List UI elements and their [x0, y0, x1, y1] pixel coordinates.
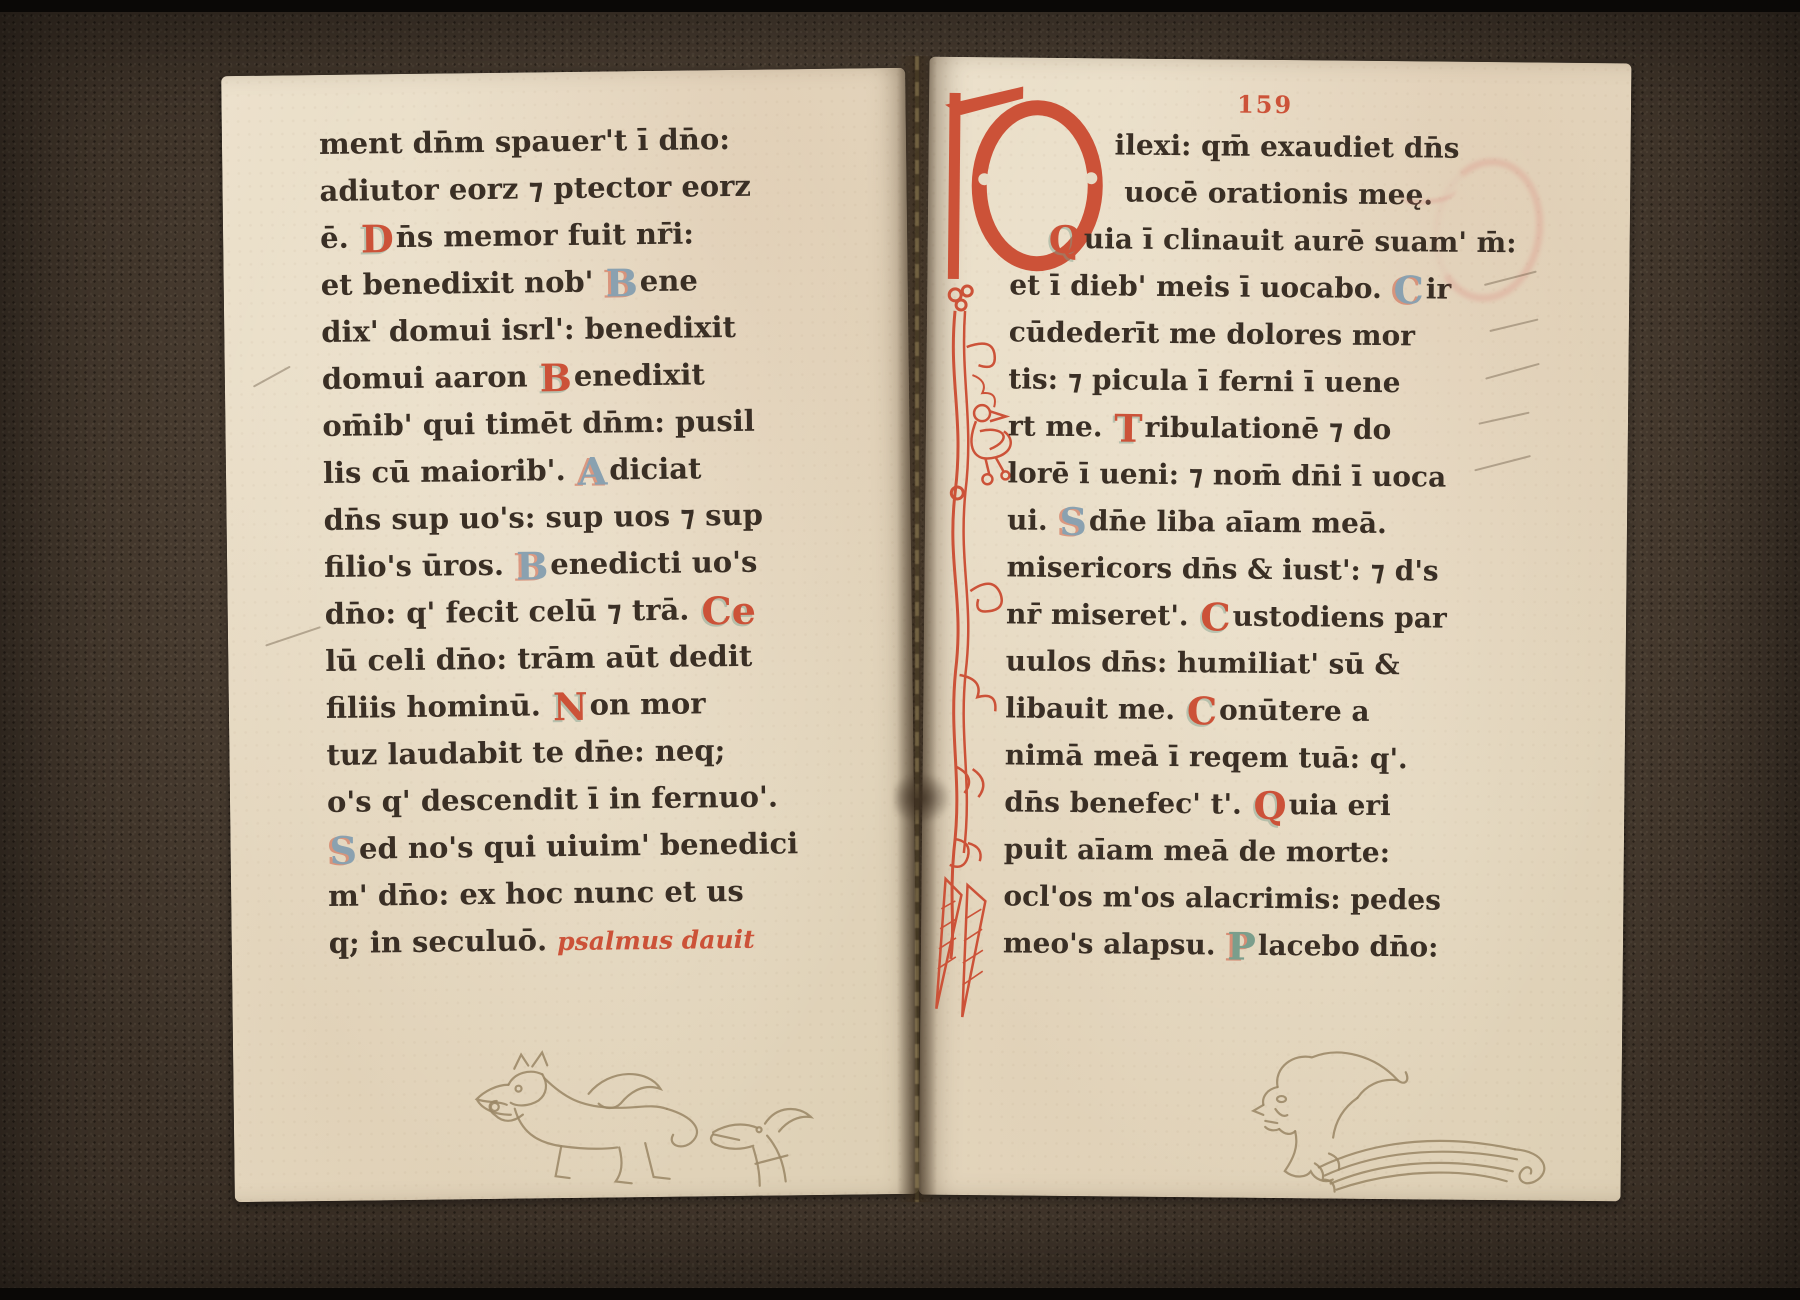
text-line: misericors dn̄s & iust': ⁊ d's — [1006, 543, 1566, 595]
hooded-grotesque-bird-sketch — [1219, 1044, 1555, 1197]
illuminated-initial: Ce — [699, 588, 758, 634]
manuscript-text: ocl'os m'os alacrimis: pedes — [1003, 879, 1441, 916]
text-line: puit aīam meā de morte: — [1004, 825, 1564, 877]
manuscript-text: on mor — [589, 686, 705, 721]
manuscript-text: tuz laudabit te dn̄e: neq; — [326, 733, 725, 772]
manuscript-text: puit aīam meā de morte: — [1004, 832, 1390, 869]
manuscript-text: dn̄e liba aīam meā. — [1089, 504, 1387, 540]
manuscript-text: om̄ib' qui timēt dn̄m: pusil — [322, 404, 755, 443]
text-line: dn̄s benefec' t'. Quia eri — [1004, 778, 1564, 830]
manuscript-text: ed no's qui uiuim' benedici — [359, 826, 799, 865]
text-line: nr̄ miseret'. Custodiens par — [1006, 590, 1566, 642]
manuscript-text: enedixit — [574, 357, 705, 393]
manuscript-text: ē. — [320, 221, 359, 255]
illuminated-initial: C — [1185, 688, 1220, 733]
manuscript-text: uulos dn̄s: humiliat' sū & — [1006, 644, 1400, 681]
manuscript-text: ui. — [1007, 503, 1058, 536]
dragon-and-hound-sketch — [468, 1039, 820, 1195]
text-line: lū celi dn̄o: trām aūt dedit — [325, 631, 866, 685]
illuminated-initial: S — [1057, 499, 1089, 544]
manuscript-text: ustodiens par — [1232, 600, 1446, 635]
manuscript-text: libauit me. — [1005, 691, 1185, 726]
illuminated-initial: N — [551, 684, 590, 729]
manuscript-text: diciat — [609, 451, 702, 486]
manuscript-text: misericors dn̄s & iust': ⁊ d's — [1006, 550, 1438, 587]
text-line: filio's ūros. Benedicti uo's — [324, 537, 865, 591]
manuscript-text: meo's alapsu. — [1003, 926, 1226, 961]
text-line: dn̄s sup uo's: sup uos ⁊ sup — [323, 490, 864, 544]
text-line: lis cū maiorib'. Adiciat — [323, 443, 864, 497]
text-line: ui. Sdn̄e liba aīam meā. — [1007, 496, 1567, 548]
manuscript-text: ribulationē ⁊ do — [1144, 411, 1391, 446]
illuminated-initial: C — [1391, 267, 1426, 312]
manuscript-text: uocē orationis meę. — [1124, 176, 1433, 212]
illuminated-initial: C — [1198, 594, 1233, 639]
manuscript-text: m' dn̄o: ex hoc nunc et us — [328, 874, 744, 913]
manuscript-text: onūtere a — [1219, 693, 1370, 727]
illuminated-initial: B — [514, 543, 551, 588]
text-line: Sed no's qui uiuim' benedici — [327, 819, 868, 873]
manuscript-text: dix' domui isrl': benedixit — [321, 310, 736, 349]
manuscript-text: lorē ī ueni: ⁊ nom̄ dn̄i ī uoca — [1007, 456, 1446, 493]
text-line: tuz laudabit te dn̄e: neq; — [326, 725, 867, 779]
illuminated-initial: Q — [1047, 217, 1085, 262]
manuscript-text: et ī dieb' meis ī uocabo. — [1009, 268, 1392, 305]
manuscript-text: lū celi dn̄o: trām aūt dedit — [325, 639, 752, 678]
illuminated-initial: T — [1112, 405, 1145, 450]
text-line: cūdederīt me dolores mor — [1009, 308, 1569, 360]
illuminated-initial: B — [603, 260, 640, 305]
text-line: meo's alapsu. Placebo dn̄o: — [1003, 919, 1563, 971]
illuminated-initial: A — [576, 449, 610, 494]
text-line: et benedixit nob' Bene — [320, 255, 861, 309]
left-page: ment dn̄m spauer't ī dn̄o:adiutor eorz ⁊… — [221, 68, 919, 1202]
manuscript-text: nimā meā ī reqem tuā: q'. — [1005, 738, 1408, 775]
text-line: lorē ī ueni: ⁊ nom̄ dn̄i ī uoca — [1007, 449, 1567, 501]
text-line: dix' domui isrl': benedixit — [321, 302, 862, 356]
text-line: ment dn̄m spauer't ī dn̄o: — [319, 114, 860, 168]
manuscript-text: tis: ⁊ picula ī ferni ī uene — [1008, 362, 1400, 399]
manuscript-text: ene — [640, 263, 698, 298]
text-line: tis: ⁊ picula ī ferni ī uene — [1008, 355, 1568, 407]
manuscript-text: psalmus dauit — [557, 925, 755, 956]
text-line: m' dn̄o: ex hoc nunc et us — [328, 866, 869, 920]
manuscript-text: adiutor eorz ⁊ ptector eorz — [319, 169, 751, 208]
text-line: q; in seculuō. psalmus dauit — [328, 913, 869, 967]
illuminated-initial: B — [537, 355, 574, 400]
manuscript-text: q; in seculuō. — [329, 923, 558, 960]
manuscript-text: filiis hominū. — [326, 688, 551, 725]
text-line: libauit me. Conūtere a — [1005, 684, 1565, 736]
manuscript-text: dn̄s sup uo's: sup uos ⁊ sup — [323, 498, 763, 537]
manuscript-text: lis cū maiorib'. — [323, 453, 576, 490]
text-line: adiutor eorz ⁊ ptector eorz — [319, 161, 860, 215]
manuscript-text: rt me. — [1008, 409, 1113, 443]
manuscript-text: o's q' descendit ī in fernuo'. — [327, 779, 778, 819]
binding-thread — [915, 56, 919, 1202]
left-page-text: ment dn̄m spauer't ī dn̄o:adiutor eorz ⁊… — [319, 114, 869, 967]
manuscript-text: uia eri — [1289, 788, 1391, 822]
right-page: 159 — [919, 57, 1632, 1202]
manuscript-text: lacebo dn̄o: — [1258, 929, 1439, 964]
illuminated-initial: S — [327, 828, 359, 873]
manuscript-photo: ment dn̄m spauer't ī dn̄o:adiutor eorz ⁊… — [0, 0, 1800, 1300]
illuminated-initial: D — [359, 216, 397, 261]
manuscript-text: dn̄s benefec' t'. — [1004, 785, 1252, 820]
manuscript-text: cūdederīt me dolores mor — [1009, 315, 1415, 352]
illuminated-initial: P — [1225, 924, 1258, 969]
manuscript-text: ment dn̄m spauer't ī dn̄o: — [319, 122, 730, 161]
manuscript-text: filio's ūros. — [324, 548, 514, 584]
manuscript-text: ilexi: qm̄ exaudiet dn̄s — [1114, 128, 1459, 164]
text-line: uulos dn̄s: humiliat' sū & — [1005, 637, 1565, 689]
text-line: om̄ib' qui timēt dn̄m: pusil — [322, 396, 863, 450]
text-line: filiis hominū. Non mor — [326, 678, 867, 732]
scratch-mark — [253, 366, 291, 388]
manuscript-text: enedicti uo's — [550, 545, 757, 582]
text-line: domui aaron Benedixit — [322, 349, 863, 403]
manuscript-text: domui aaron — [322, 359, 538, 396]
scratch-mark — [265, 626, 321, 646]
text-line: ē. Dn̄s memor fuit nr̄i: — [320, 208, 861, 262]
illuminated-initial: Q — [1251, 783, 1289, 828]
text-line: nimā meā ī reqem tuā: q'. — [1005, 731, 1565, 783]
text-line: rt me. Tribulationē ⁊ do — [1008, 402, 1568, 454]
text-line: ocl'os m'os alacrimis: pedes — [1003, 872, 1563, 924]
text-line: o's q' descendit ī in fernuo'. — [327, 772, 868, 826]
manuscript-text: dn̄o: q' fecit celū ⁊ trā. — [325, 592, 700, 631]
text-line: dn̄o: q' fecit celū ⁊ trā. Ce — [324, 584, 865, 638]
folio-number: 159 — [1237, 90, 1293, 120]
manuscript-text: et benedixit nob' — [320, 265, 603, 302]
gutter-smudge — [894, 772, 952, 824]
book-gutter — [897, 56, 937, 1202]
manuscript-text: n̄s memor fuit nr̄i: — [396, 216, 695, 254]
manuscript-text: nr̄ miseret'. — [1006, 597, 1199, 632]
